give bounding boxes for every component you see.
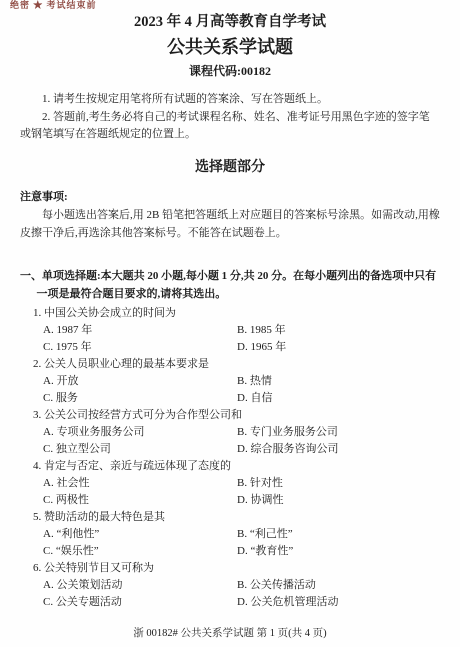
option-b: B. 热情 — [237, 373, 442, 390]
notice-label: 注意事项: — [20, 189, 440, 207]
question-stem: 1. 中国公关协会成立的时间为 — [33, 305, 442, 322]
question-stem: 3. 公关公司按经营方式可分为合作型公司和 — [33, 407, 442, 424]
option-d: D. 公关危机管理活动 — [237, 594, 442, 611]
page-footer: 浙 00182# 公共关系学试题 第 1 页(共 4 页) — [0, 625, 460, 640]
option-a: A. 开放 — [43, 373, 237, 390]
question-4: 4. 肯定与否定、亲近与疏远体现了态度的 A. 社会性 B. 针对性 C. 两极… — [33, 458, 442, 509]
question-options: A. 开放 B. 热情 C. 服务 D. 自信 — [43, 373, 442, 407]
question-options: A. “利他性” B. “利己性” C. “娱乐性” D. “教育性” — [43, 526, 442, 560]
option-b: B. 针对性 — [237, 475, 442, 492]
option-a: A. 专项业务服务公司 — [43, 424, 237, 441]
option-d: D. “教育性” — [237, 543, 442, 560]
question-options: A. 社会性 B. 针对性 C. 两极性 D. 协调性 — [43, 475, 442, 509]
question-stem: 4. 肯定与否定、亲近与疏远体现了态度的 — [33, 458, 442, 475]
option-c: C. 两极性 — [43, 492, 237, 509]
option-a: A. “利他性” — [43, 526, 237, 543]
question-2: 2. 公关人员职业心理的最基本要求是 A. 开放 B. 热情 C. 服务 D. … — [33, 356, 442, 407]
option-d: D. 1965 年 — [237, 339, 442, 356]
option-a: A. 社会性 — [43, 475, 237, 492]
option-b: B. 公关传播活动 — [237, 577, 442, 594]
question-1: 1. 中国公关协会成立的时间为 A. 1987 年 B. 1985 年 C. 1… — [33, 305, 442, 356]
question-options: A. 公关策划活动 B. 公关传播活动 C. 公关专题活动 D. 公关危机管理活… — [43, 577, 442, 611]
option-b: B. 1985 年 — [237, 322, 442, 339]
option-b: B. 专门业务服务公司 — [237, 424, 442, 441]
instruction-list: 1. 请考生按规定用笔将所有试题的答案涂、写在答题纸上。 2. 答题前,考生务必… — [20, 91, 440, 144]
option-b: B. “利己性” — [237, 526, 442, 543]
question-6: 6. 公关特别节目又可称为 A. 公关策划活动 B. 公关传播活动 C. 公关专… — [33, 560, 442, 611]
question-stem: 2. 公关人员职业心理的最基本要求是 — [33, 356, 442, 373]
question-stem: 5. 赞助活动的最大特色是其 — [33, 509, 442, 526]
question-list: 1. 中国公关协会成立的时间为 A. 1987 年 B. 1985 年 C. 1… — [33, 305, 442, 611]
question-stem: 6. 公关特别节目又可称为 — [33, 560, 442, 577]
notice-text: 每小题选出答案后,用 2B 铅笔把答题纸上对应题目的答案标号涂黑。如需改动,用橡… — [20, 207, 440, 242]
option-c: C. 1975 年 — [43, 339, 237, 356]
option-d: D. 综合服务咨询公司 — [237, 441, 442, 458]
course-code: 课程代码:00182 — [0, 62, 460, 79]
option-a: A. 公关策划活动 — [43, 577, 237, 594]
option-c: C. 独立型公司 — [43, 441, 237, 458]
instruction-item-1: 1. 请考生按规定用笔将所有试题的答案涂、写在答题纸上。 — [20, 91, 440, 109]
secrecy-stamp: 绝密 ★ 考试结束前 — [10, 0, 97, 11]
option-a: A. 1987 年 — [43, 322, 237, 339]
section-header: 选择题部分 — [0, 156, 460, 176]
question-5: 5. 赞助活动的最大特色是其 A. “利他性” B. “利己性” C. “娱乐性… — [33, 509, 442, 560]
exam-title-line2: 公共关系学试题 — [0, 36, 460, 59]
instruction-item-2: 2. 答题前,考生务必将自己的考试课程名称、姓名、准考证号用黑色字迹的签字笔或钢… — [20, 109, 440, 144]
option-d: D. 自信 — [237, 390, 442, 407]
part-one-header: 一、单项选择题:本大题共 20 小题,每小题 1 分,共 20 分。在每小题列出… — [20, 268, 442, 303]
question-options: A. 1987 年 B. 1985 年 C. 1975 年 D. 1965 年 — [43, 322, 442, 356]
option-c: C. “娱乐性” — [43, 543, 237, 560]
option-c: C. 服务 — [43, 390, 237, 407]
option-c: C. 公关专题活动 — [43, 594, 237, 611]
option-d: D. 协调性 — [237, 492, 442, 509]
exam-paper-page: 绝密 ★ 考试结束前 2023 年 4 月高等教育自学考试 公共关系学试题 课程… — [0, 0, 460, 647]
question-3: 3. 公关公司按经营方式可分为合作型公司和 A. 专项业务服务公司 B. 专门业… — [33, 407, 442, 458]
question-options: A. 专项业务服务公司 B. 专门业务服务公司 C. 独立型公司 D. 综合服务… — [43, 424, 442, 458]
